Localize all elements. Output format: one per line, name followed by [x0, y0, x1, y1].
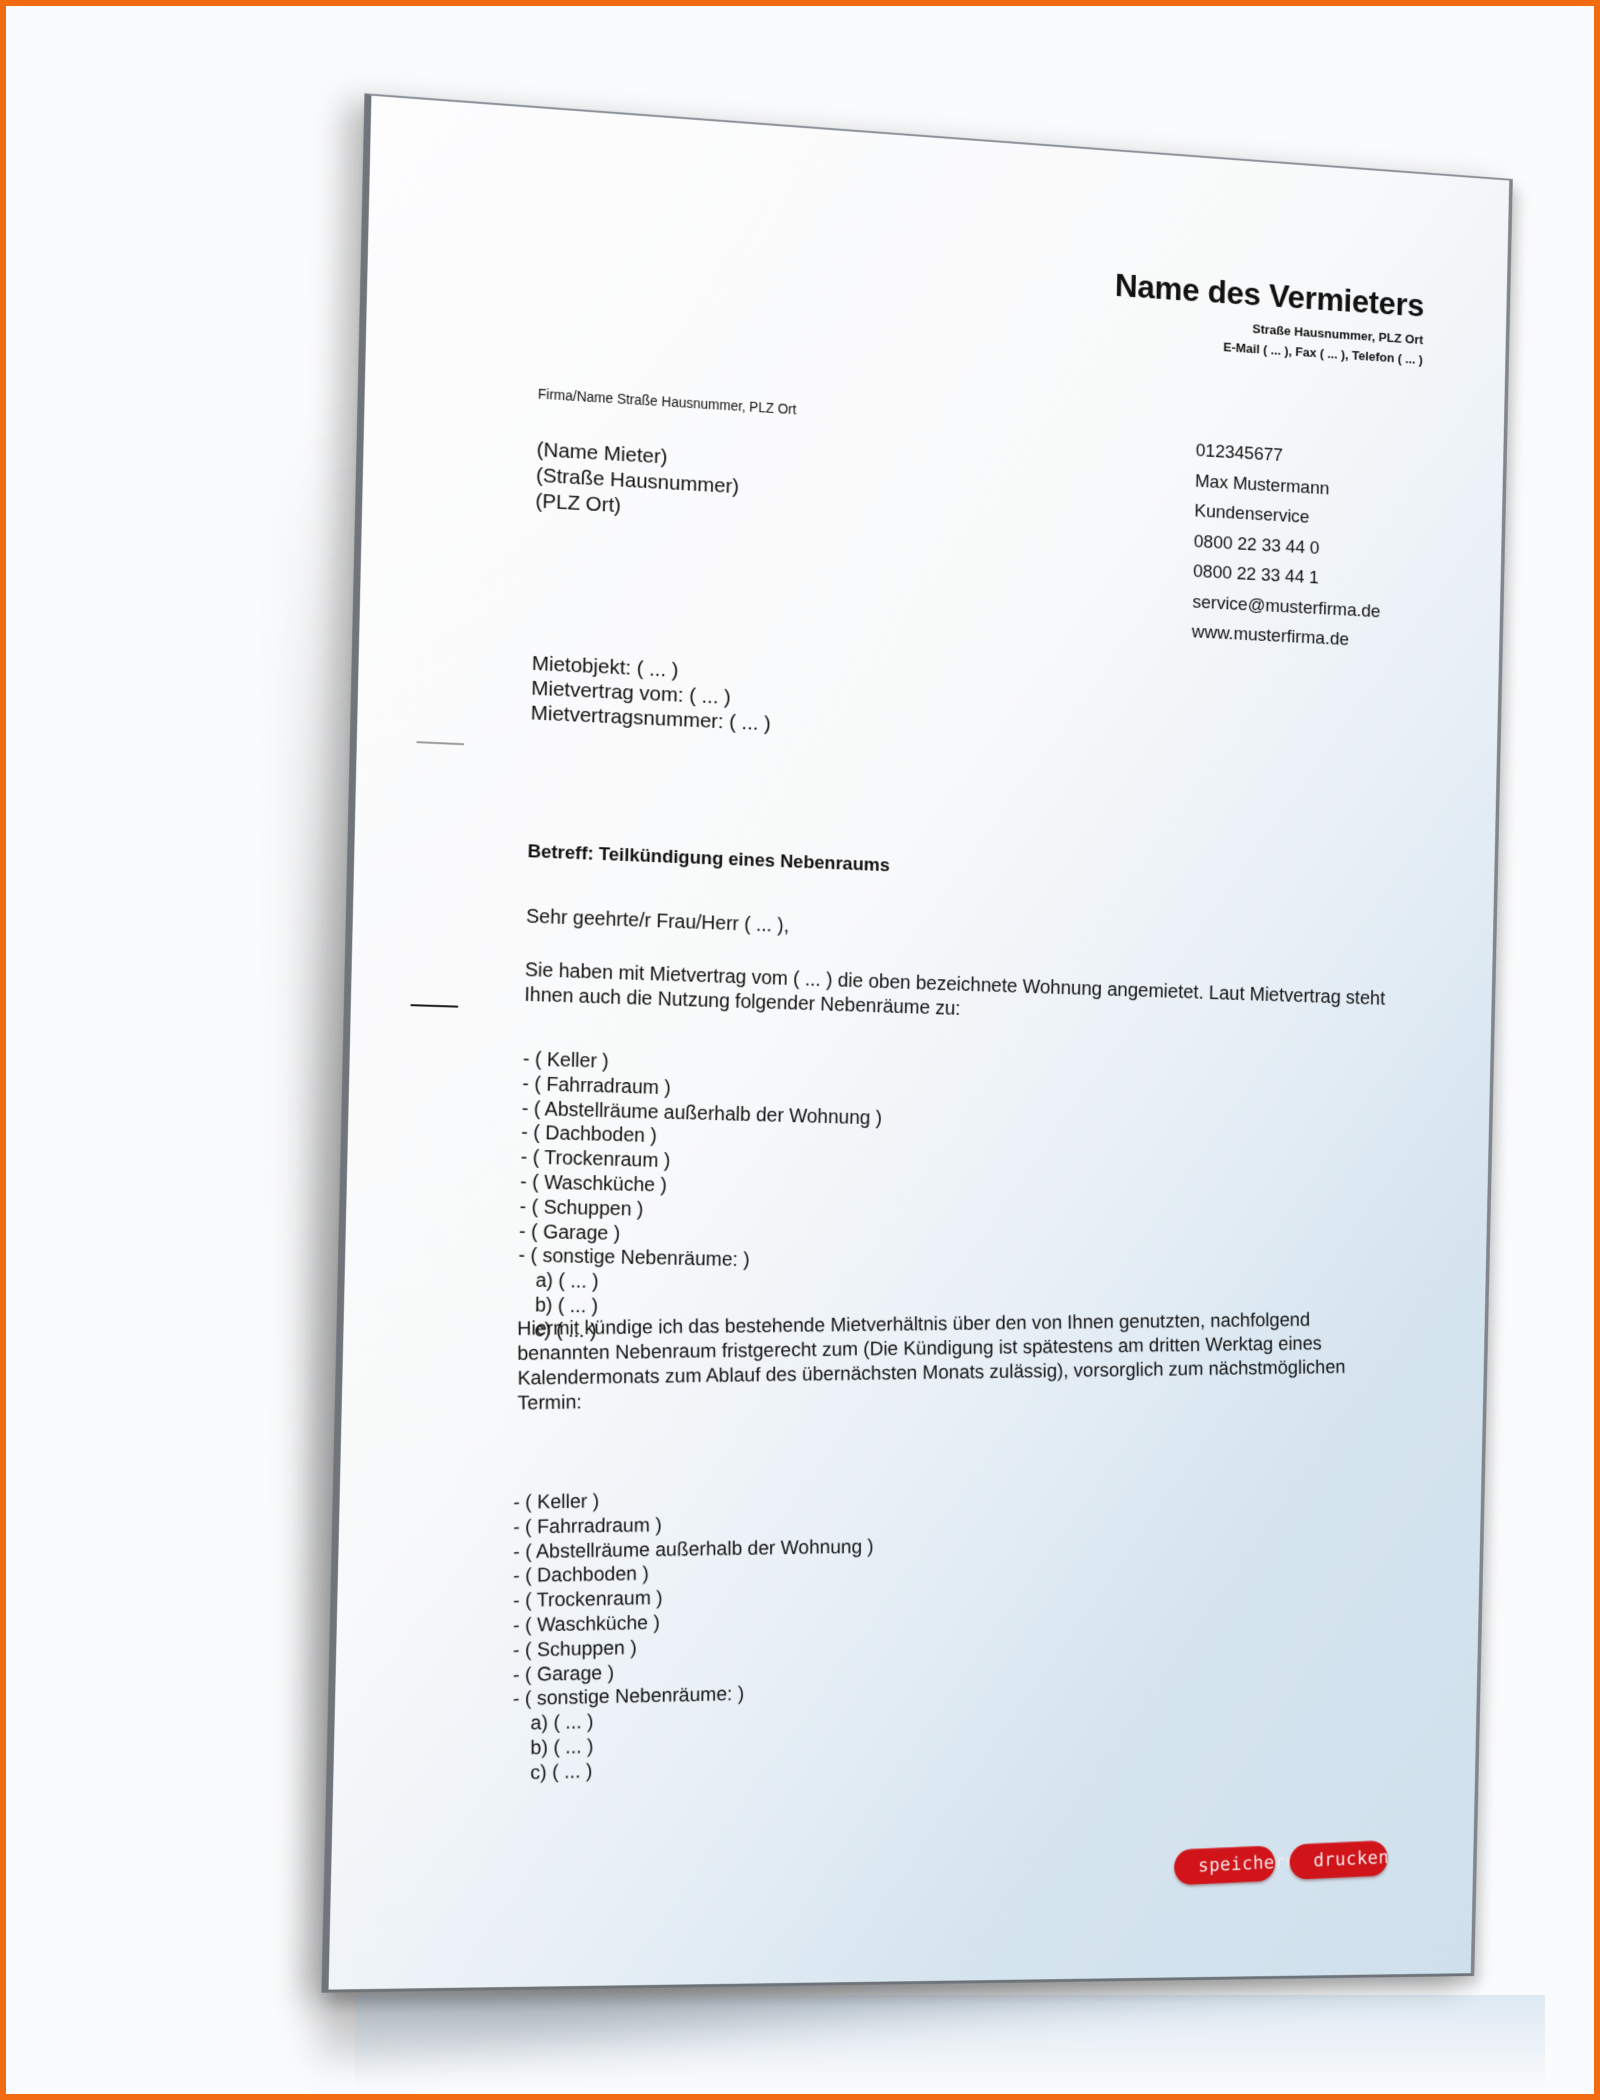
fold-mark	[416, 741, 464, 745]
rooms-list-current: - ( Keller ) - ( Fahrradraum ) - ( Abste…	[517, 1047, 884, 1348]
intro-paragraph: Sie haben mit Mietvertrag vom ( ... ) di…	[524, 958, 1391, 1035]
letterhead: Name des Vermieters Straße Hausnummer, P…	[1114, 267, 1425, 367]
subject-line: Betreff: Teilkündigung eines Nebenraums	[527, 841, 890, 877]
document-actions: speichern drucken	[1174, 1840, 1388, 1885]
document-page: Name des Vermieters Straße Hausnummer, P…	[321, 93, 1512, 1992]
page-reflection	[355, 1995, 1545, 2090]
save-button[interactable]: speichern	[1174, 1845, 1275, 1885]
sender-return-address: Firma/Name Straße Hausnummer, PLZ Ort	[538, 386, 797, 418]
termination-paragraph: Hiermit kündige ich das bestehende Mietv…	[517, 1308, 1384, 1417]
rooms-list-terminated: - ( Keller ) - ( Fahrradraum ) - ( Abste…	[513, 1486, 874, 1786]
rental-object-info: Mietobjekt: ( ... ) Mietvertrag vom: ( .…	[530, 651, 772, 736]
contact-block: 012345677 Max Mustermann Kundenservice 0…	[1191, 436, 1384, 657]
document-preview-stage: Name des Vermieters Straße Hausnummer, P…	[0, 0, 1600, 2100]
print-button[interactable]: drucken	[1290, 1840, 1388, 1880]
recipient-address: (Name Mieter) (Straße Hausnummer) (PLZ O…	[535, 437, 740, 525]
salutation: Sehr geehrte/r Frau/Herr ( ... ),	[526, 906, 789, 938]
punch-mark	[411, 1004, 459, 1008]
